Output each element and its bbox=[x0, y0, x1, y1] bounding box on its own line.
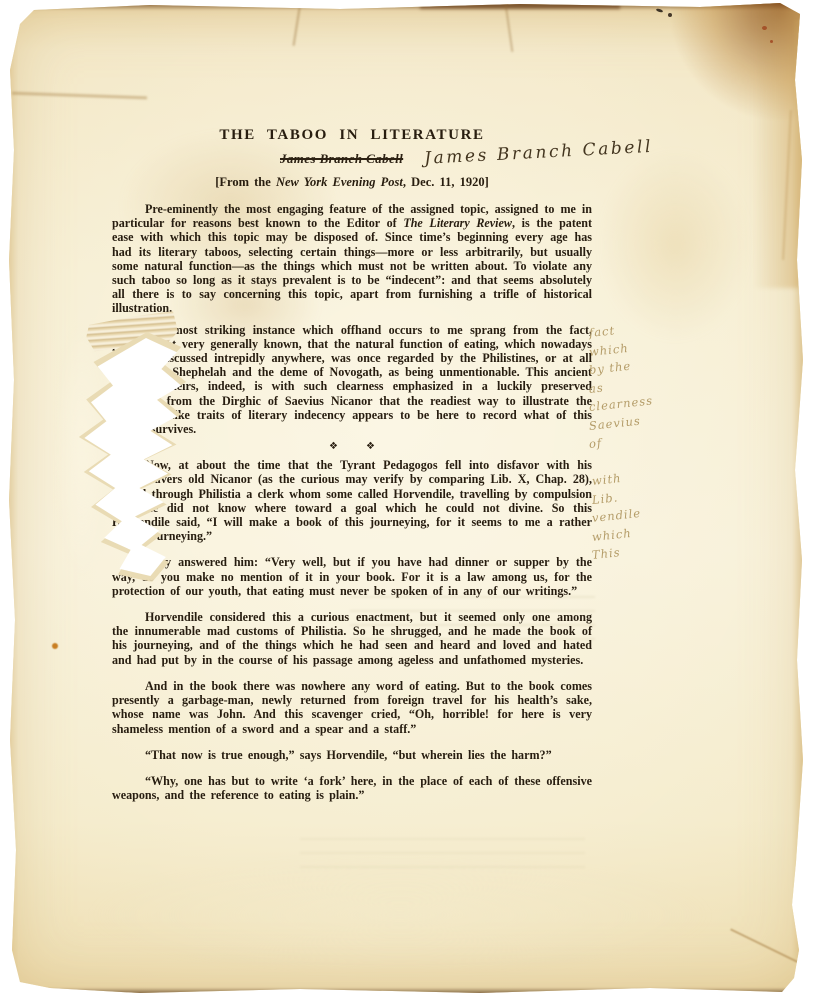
source-citation: [From the New York Evening Post, Dec. 11… bbox=[112, 175, 592, 190]
paper-crease bbox=[12, 92, 147, 100]
paper-right-edge bbox=[792, 20, 804, 960]
paper-edge-bottom bbox=[22, 987, 802, 996]
rust-speck bbox=[762, 26, 767, 30]
paper-crease bbox=[293, 2, 302, 46]
ink-speck bbox=[656, 8, 664, 13]
source-prefix: [From the bbox=[215, 175, 276, 189]
rust-speck bbox=[770, 40, 773, 43]
paper-blotch bbox=[90, 860, 710, 970]
paper-blotch bbox=[600, 150, 750, 340]
paragraph-text: , is the patent ease with which this top… bbox=[112, 216, 592, 315]
paper-corner-stain bbox=[672, 0, 812, 120]
paragraph-2: The most striking instance which offhand… bbox=[112, 323, 592, 437]
show-through-text bbox=[300, 838, 585, 872]
byline-printed-struck: James Branch Cabell bbox=[280, 151, 403, 167]
diamond-ornament-icon: ❖ bbox=[329, 441, 338, 452]
paper-crease bbox=[505, 4, 514, 52]
source-suffix: , Dec. 11, 1920] bbox=[403, 175, 489, 189]
paper-left-edge bbox=[6, 20, 18, 970]
paper-edge-top bbox=[22, 2, 792, 11]
byline: James Branch Cabell James Branch Cabell bbox=[112, 149, 592, 173]
paragraph-1: Pre-eminently the most engaging feature … bbox=[112, 202, 592, 316]
rust-speck bbox=[52, 643, 58, 649]
article: THE TABOO IN LITERATURE James Branch Cab… bbox=[112, 127, 592, 802]
margin-notes-tear-restorations: fact which by the as clearness Saevius o… bbox=[589, 324, 653, 454]
paragraph-8: “Why, one has but to write ‘a fork’ here… bbox=[112, 774, 592, 802]
source-publication: New York Evening Post bbox=[276, 175, 403, 189]
margin-notes-tear-restorations-2: with Lib. vendile which This bbox=[592, 472, 641, 565]
paper-crease bbox=[782, 110, 792, 260]
paragraph-7: “That now is true enough,” says Horvendi… bbox=[112, 748, 592, 762]
diamond-ornament-icon: ❖ bbox=[366, 441, 375, 452]
paper-sheet: THE TABOO IN LITERATURE James Branch Cab… bbox=[0, 0, 815, 1000]
paragraph-3: Now, at about the time that the Tyrant P… bbox=[112, 458, 592, 543]
scanned-page: THE TABOO IN LITERATURE James Branch Cab… bbox=[0, 0, 815, 1000]
article-title: THE TABOO IN LITERATURE bbox=[112, 127, 592, 144]
paragraph-4: They answered him: “Very well, but if yo… bbox=[112, 555, 592, 598]
ink-speck bbox=[668, 13, 672, 17]
section-break-ornaments: ❖❖ bbox=[112, 441, 592, 452]
paragraph-6: And in the book there was nowhere any wo… bbox=[112, 679, 592, 736]
margin-note: This bbox=[591, 541, 642, 565]
paragraph-5: Horvendile considered this a curious ena… bbox=[112, 610, 592, 667]
italic-review-title: The Literary Review bbox=[403, 216, 512, 230]
paper-crease bbox=[730, 928, 812, 969]
paper-right-stain bbox=[752, 8, 804, 288]
paper-edge-top-dark bbox=[420, 3, 620, 9]
